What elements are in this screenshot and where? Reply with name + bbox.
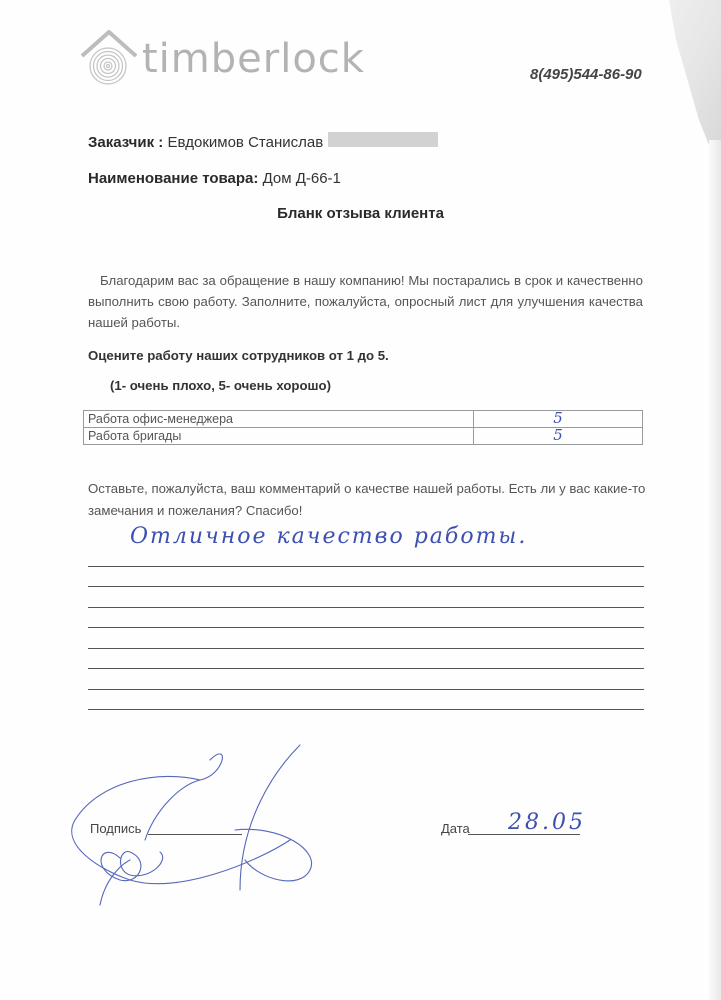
intro-text: Благодарим вас за обращение в нашу компа… <box>88 273 643 330</box>
signature-line[interactable] <box>148 834 242 835</box>
rating-score: 5 <box>553 426 563 444</box>
company-logo: timberlock <box>78 26 365 88</box>
customer-field: Заказчик : Евдокимов Станислав <box>88 134 323 151</box>
comment-line[interactable] <box>88 608 644 629</box>
company-phone: 8(495)544-86-90 <box>530 66 642 83</box>
form-title: Бланк отзыва клиента <box>0 205 721 222</box>
rating-score-cell[interactable]: 5 <box>474 411 643 428</box>
table-row: Работа бригады 5 <box>84 428 643 445</box>
comment-lines[interactable] <box>88 546 644 710</box>
handwritten-date: 28.05 <box>508 810 586 835</box>
handwritten-comment: Отличное качество работы. <box>130 524 527 549</box>
comment-line[interactable] <box>88 587 644 608</box>
comment-line[interactable] <box>88 649 644 670</box>
house-tree-rings-icon <box>78 26 140 88</box>
feedback-form-page: timberlock 8(495)544-86-90 Заказчик : Ев… <box>0 0 721 1000</box>
logo-text: timberlock <box>142 36 365 82</box>
customer-name: Евдокимов Станислав <box>167 134 323 151</box>
intro-paragraph: Благодарим вас за обращение в нашу компа… <box>88 270 643 333</box>
rating-heading: Оцените работу наших сотрудников от 1 до… <box>88 348 389 363</box>
folded-corner <box>631 0 721 150</box>
page-edge-shadow <box>709 140 721 1000</box>
table-row: Работа офис-менеджера 5 <box>84 411 643 428</box>
comment-line[interactable] <box>88 690 644 711</box>
comment-line[interactable] <box>88 567 644 588</box>
product-name: Дом Д-66-1 <box>263 170 341 187</box>
rating-label: Работа бригады <box>84 428 474 445</box>
product-label: Наименование товара: <box>88 170 258 187</box>
comment-line[interactable] <box>88 669 644 690</box>
customer-label: Заказчик : <box>88 134 163 151</box>
rating-score-cell[interactable]: 5 <box>474 428 643 445</box>
redacted-block <box>328 132 438 147</box>
rating-scale-note: (1- очень плохо, 5- очень хорошо) <box>110 378 331 393</box>
date-label: Дата <box>441 821 470 836</box>
rating-score: 5 <box>553 409 563 427</box>
comment-prompt: Оставьте, пожалуйста, ваш комментарий о … <box>88 478 648 522</box>
rating-table: Работа офис-менеджера 5 Работа бригады 5 <box>83 410 643 445</box>
comment-line[interactable] <box>88 628 644 649</box>
product-field: Наименование товара: Дом Д-66-1 <box>88 170 341 187</box>
signature-label: Подпись <box>90 821 141 836</box>
comment-line[interactable] <box>88 546 644 567</box>
rating-label: Работа офис-менеджера <box>84 411 474 428</box>
